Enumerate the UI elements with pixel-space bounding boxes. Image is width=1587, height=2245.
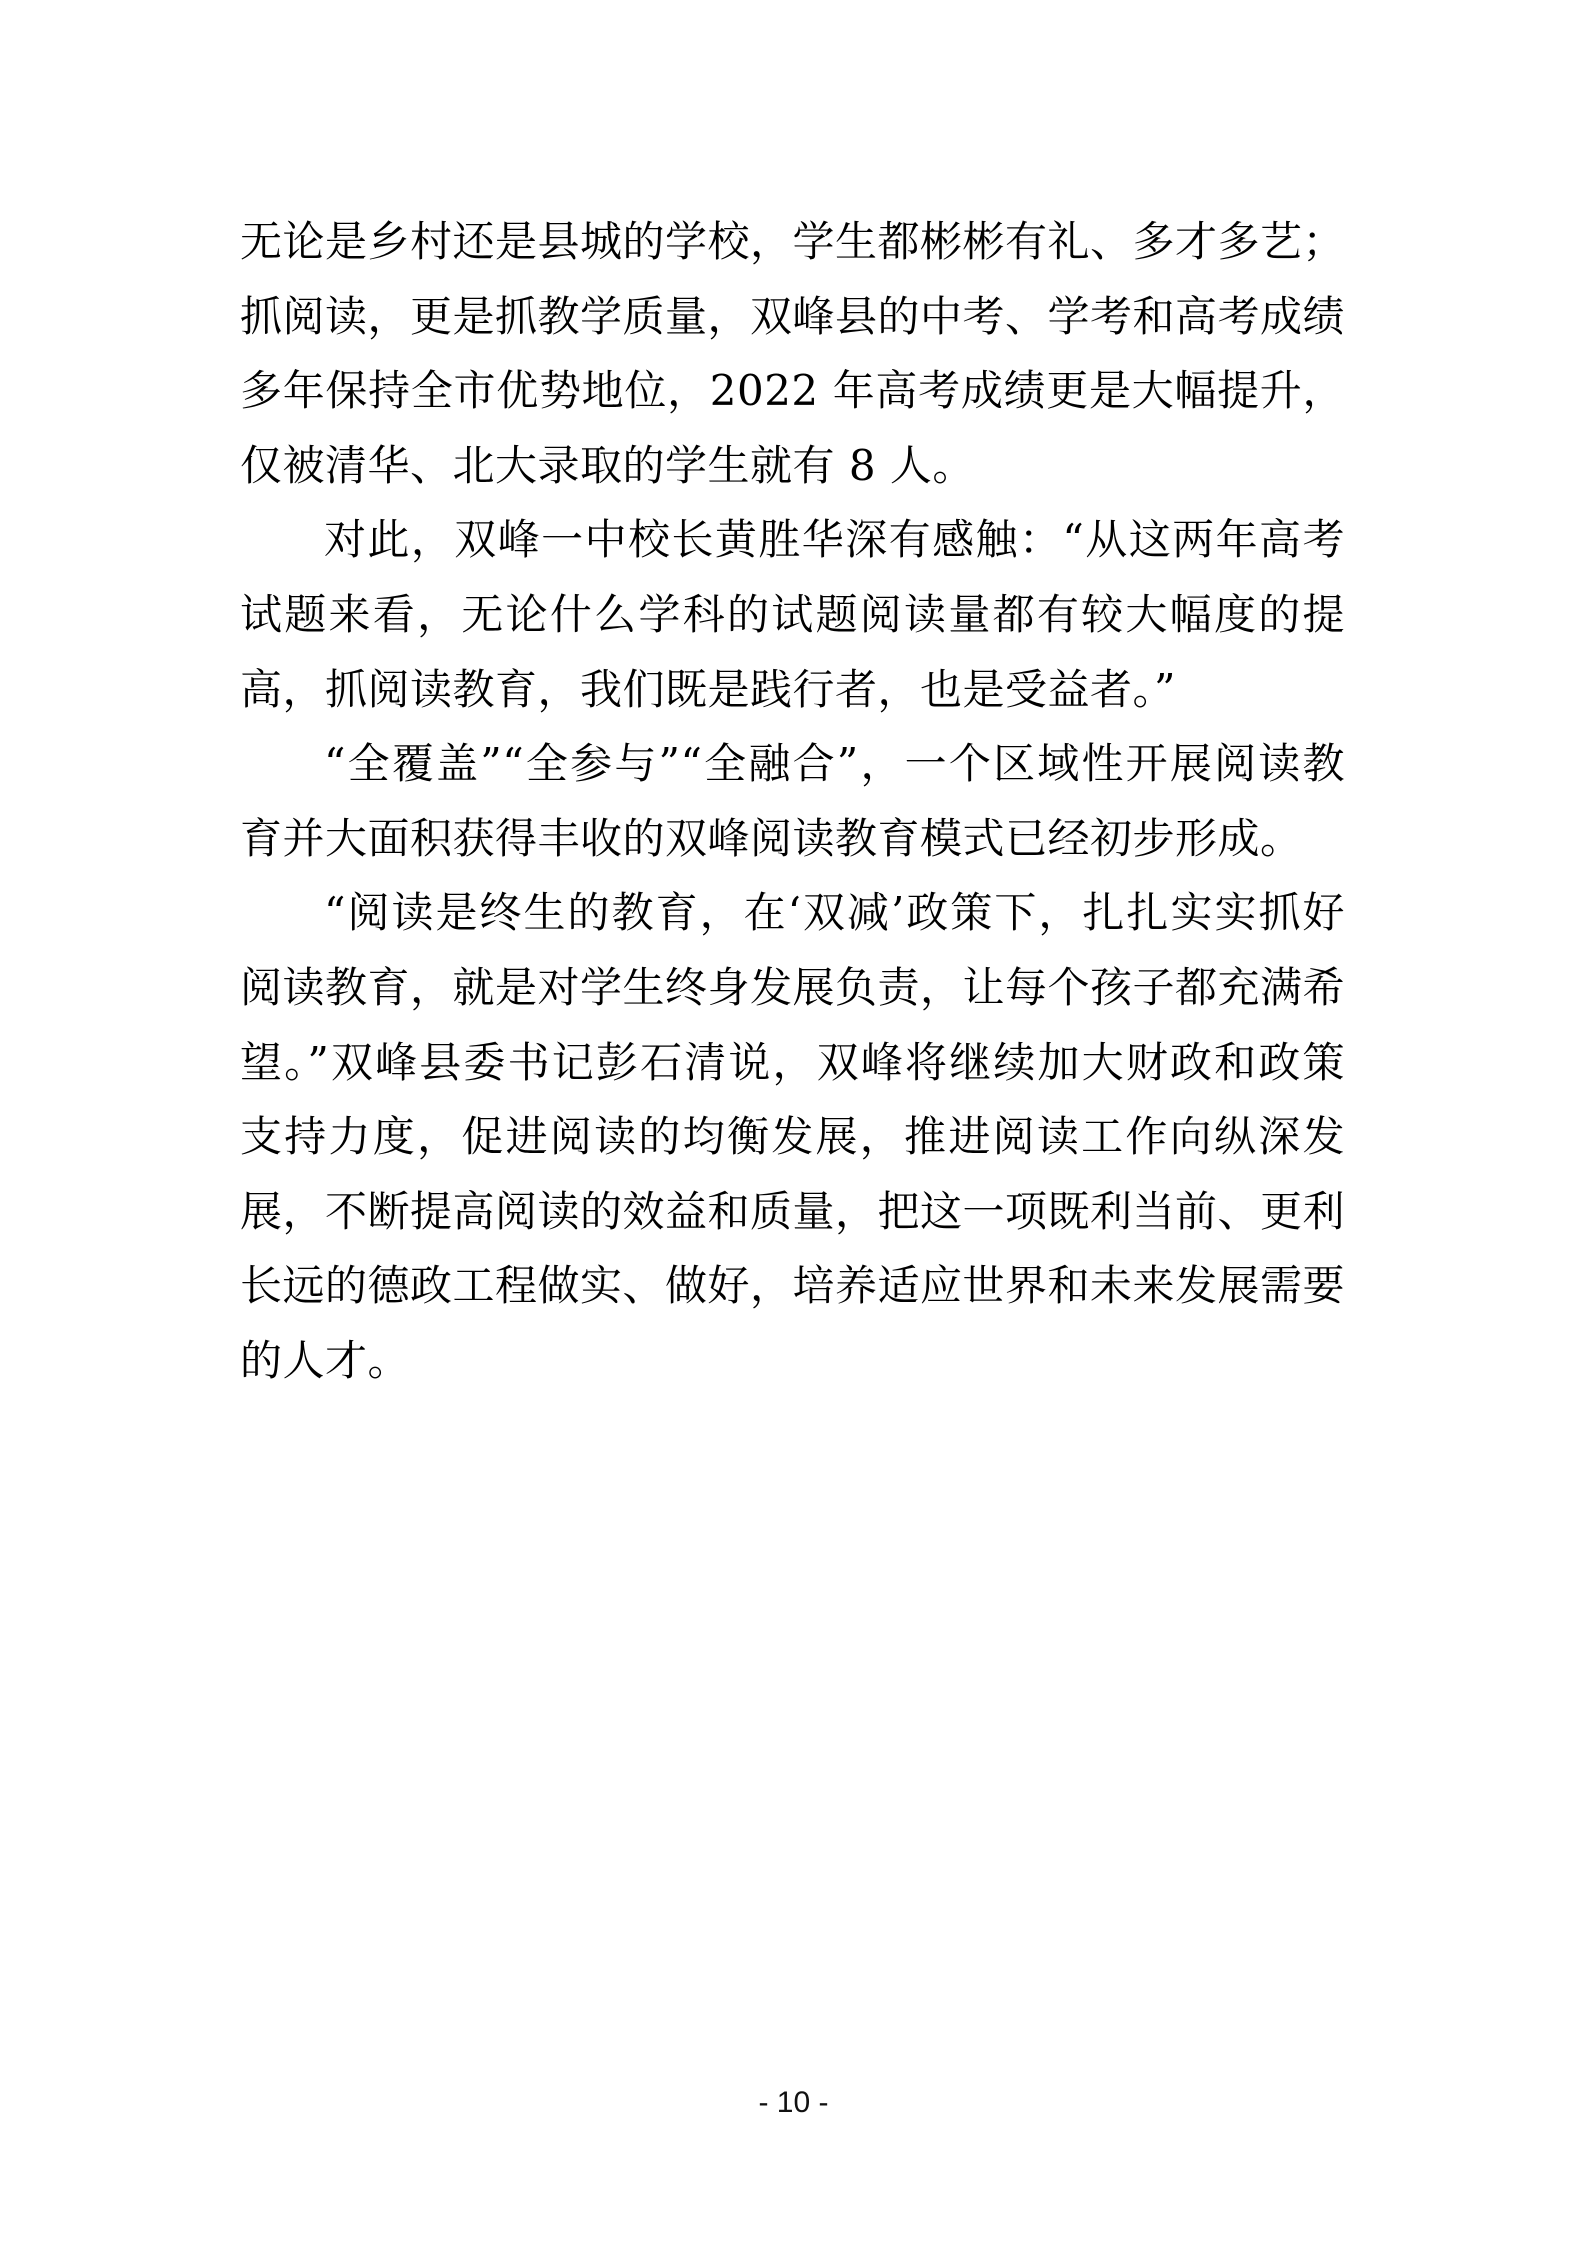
text-block: 无论是乡村还是县城的学校，学生都彬彬有礼、多才多艺；抓阅读，更是抓教学质量，双峰…	[240, 205, 1345, 1399]
page-number: - 10 -	[0, 2086, 1587, 2120]
paragraph-3: “全覆盖”“全参与”“全融合”，一个区域性开展阅读教育并大面积获得丰收的双峰阅读…	[240, 727, 1345, 876]
paragraph-1: 无论是乡村还是县城的学校，学生都彬彬有礼、多才多艺；抓阅读，更是抓教学质量，双峰…	[240, 205, 1345, 503]
paragraph-4: “阅读是终生的教育，在‘双减’政策下，扎扎实实抓好阅读教育，就是对学生终身发展负…	[240, 876, 1345, 1398]
paragraph-2: 对此，双峰一中校长黄胜华深有感触：“从这两年高考试题来看，无论什么学科的试题阅读…	[240, 503, 1345, 727]
document-page: 无论是乡村还是县城的学校，学生都彬彬有礼、多才多艺；抓阅读，更是抓教学质量，双峰…	[0, 0, 1587, 2245]
